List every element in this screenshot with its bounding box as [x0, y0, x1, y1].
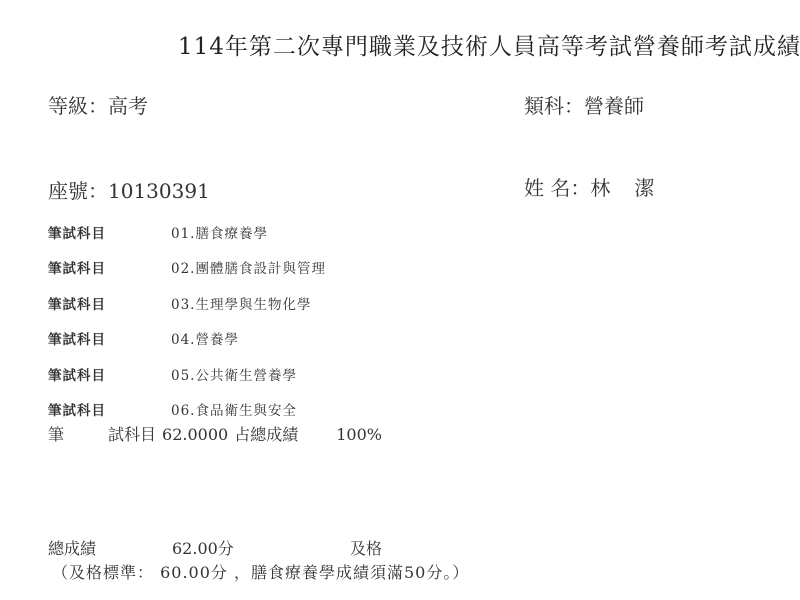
subject-name: 01.膳食療養學	[171, 222, 268, 242]
subject-row: 筆試科目 04.營養學	[48, 321, 326, 357]
subject-label: 筆試科目	[48, 293, 171, 313]
name-given: 潔	[634, 176, 654, 200]
pass-status: 及格	[350, 539, 382, 558]
total-score-label: 總成績	[48, 536, 172, 559]
subject-label: 筆試科目	[48, 257, 171, 277]
category-label: 類科：	[524, 94, 584, 118]
subject-label: 筆試科目	[48, 399, 171, 419]
written-summary-score: 62.0000	[162, 425, 228, 444]
subject-row: 筆試科目 05.公共衛生營養學	[48, 356, 326, 392]
seat-number-value: 10130391	[108, 179, 210, 203]
subject-label: 筆試科目	[48, 222, 171, 242]
subject-row: 筆試科目 01.膳食療養學	[48, 214, 326, 250]
total-score-value: 62.00分	[172, 536, 350, 559]
subject-name: 05.公共衛生營養學	[171, 364, 297, 384]
seat-number-label: 座號：	[48, 179, 108, 203]
category-value: 營養師	[584, 94, 644, 118]
subject-label: 筆試科目	[48, 364, 171, 384]
total-score: 總成績62.00分及格	[48, 536, 382, 559]
subject-name: 04.營養學	[171, 328, 239, 348]
written-summary-weight-label: 占總成績	[234, 422, 298, 445]
name-field: 姓 名：林潔	[524, 172, 654, 201]
subject-label: 筆試科目	[48, 328, 171, 348]
written-summary-label: 試科目	[108, 422, 156, 445]
report-title: 114年第二次專門職業及技術人員高等考試營養師考試成績	[178, 28, 800, 61]
category-field: 類科：營養師	[524, 90, 644, 119]
name-label: 姓 名：	[524, 176, 590, 200]
written-summary-prefix: 筆	[48, 422, 108, 445]
grade-field: 等級：高考	[48, 90, 148, 119]
subject-row: 筆試科目 02.團體膳食設計與管理	[48, 250, 326, 286]
subject-list: 筆試科目 01.膳食療養學 筆試科目 02.團體膳食設計與管理 筆試科目 03.…	[48, 214, 326, 427]
written-summary: 筆試科目62.0000占總成績100%	[48, 422, 382, 445]
name-surname: 林	[590, 176, 610, 200]
grade-value: 高考	[108, 94, 148, 118]
written-summary-weight: 100%	[336, 425, 382, 444]
seat-number-field: 座號：10130391	[48, 175, 210, 204]
subject-name: 06.食品衛生與安全	[171, 399, 297, 419]
pass-criteria: （及格標準： 60.00分 ，膳食療養學成績須滿50分。）	[52, 560, 469, 583]
grade-label: 等級：	[48, 94, 108, 118]
subject-row: 筆試科目 03.生理學與生物化學	[48, 285, 326, 321]
subject-name: 02.團體膳食設計與管理	[171, 257, 326, 277]
subject-name: 03.生理學與生物化學	[171, 293, 311, 313]
